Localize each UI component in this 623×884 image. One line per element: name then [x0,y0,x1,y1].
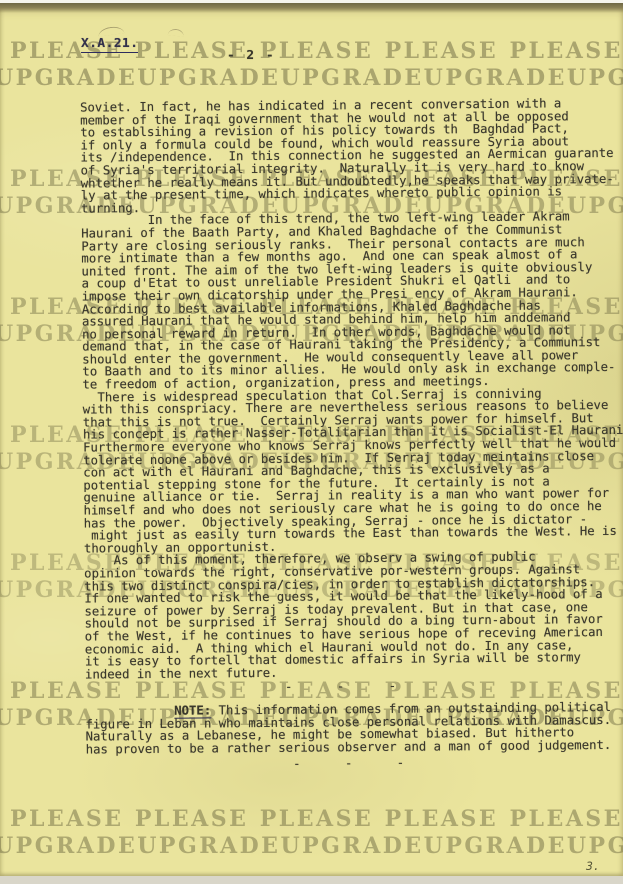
watermark-word: PLEASE [385,808,499,830]
watermark-upgrade-row: UPGRADEUPGRADEUPGRADEUPGRADEUPGRADE [0,67,623,89]
watermark-please-row: PLEASEPLEASEPLEASEPLEASEPLEASE [0,808,623,830]
watermark-word: PLEASE [10,808,124,830]
watermark-word: UPGRADE [424,67,567,89]
document-page: PLEASEPLEASEPLEASEPLEASEPLEASEUPGRADEUPG… [0,0,623,884]
watermark-word: PLEASE [385,40,499,62]
corner-page-mark: 3. [586,859,600,873]
watermark-word: UPGRADE [567,835,623,857]
watermark-word: UPGRADE [280,67,423,89]
typewritten-body: Soviet. In fact, he has indicated in a r… [80,97,623,773]
pencil-mark [168,28,185,37]
paragraph-left-wing-leaders: In the face of this trend, the two left-… [81,210,623,391]
paragraph-public-opinion: As of this moment, therefore, we observ … [84,550,623,681]
watermark-word: PLEASE [260,40,374,62]
watermark-word: UPGRADE [137,67,280,89]
note-paragraph: NOTE: This information comes from an out… [85,701,623,756]
watermark-word: UPGRADE [567,67,623,89]
scan-bottom-edge [0,876,623,884]
reference-number-text: X.A.21. [81,36,138,53]
watermark-word: UPGRADE [137,835,280,857]
paragraph-serraj-speculation: There is widespread speculation that Col… [83,386,623,554]
paper-top-edge-shadow [0,3,623,13]
section-divider: - - - [86,755,623,772]
watermark-word: PLEASE [260,808,374,830]
watermark-word: PLEASE [135,808,249,830]
section-divider: - - - [85,678,623,695]
watermark-word: UPGRADE [0,835,137,857]
watermark-word: UPGRADE [0,67,137,89]
watermark-word: UPGRADE [280,835,423,857]
page-number: - 2 - [227,48,276,63]
watermark-word: UPGRADE [424,835,567,857]
paragraph-soviet-policy: Soviet. In fact, he has indicated in a r… [80,97,623,215]
watermark-word: PLEASE [509,808,623,830]
watermark-upgrade-row: UPGRADEUPGRADEUPGRADEUPGRADEUPGRADE [0,835,623,857]
scan-top-edge [0,0,623,3]
watermark-word: PLEASE [509,40,623,62]
reference-number: X.A.21. [81,36,138,51]
